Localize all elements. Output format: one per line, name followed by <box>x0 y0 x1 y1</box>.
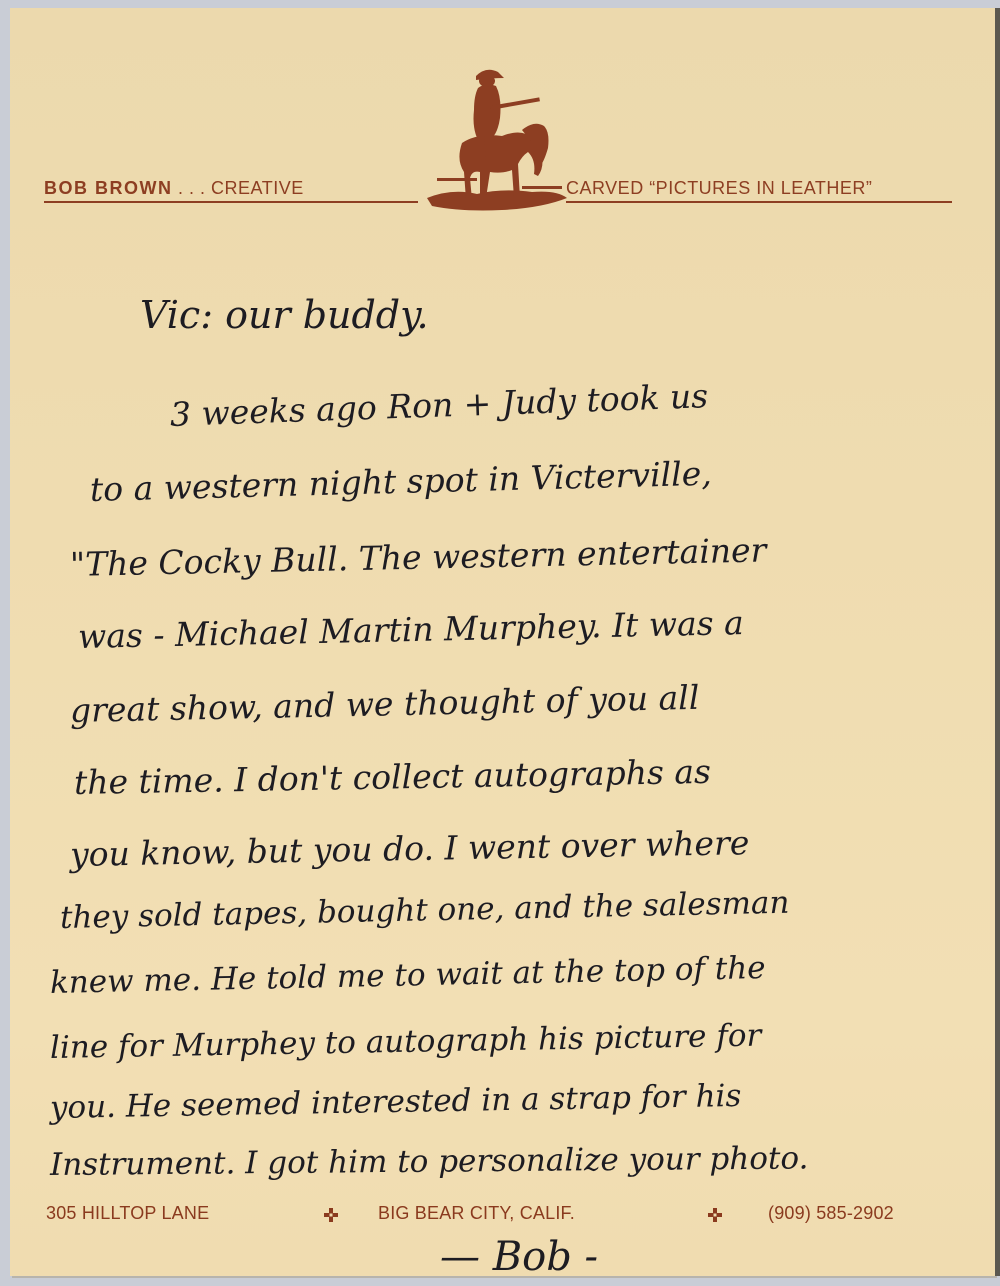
letter-line: 3 weeks ago Ron + Judy took us <box>169 379 708 431</box>
letter-line: great show, and we thought of you all <box>70 681 700 727</box>
letterhead-left: BOB BROWN . . . CREATIVE <box>44 178 418 203</box>
letter-line: "The Cocky Bull. The western entertainer <box>70 533 767 581</box>
letter-line: they sold tapes, bought one, and the sal… <box>60 888 790 934</box>
cowboy-on-horse-icon <box>422 48 572 218</box>
letter-line: you know, but you do. I went over where <box>70 826 750 871</box>
salutation: Vic: our buddy. <box>140 296 429 334</box>
cross-icon <box>324 1208 338 1222</box>
letter-line: you. He seemed interested in a strap for… <box>50 1081 742 1124</box>
letterhead-right: CARVED “PICTURES IN LEATHER” <box>566 178 952 203</box>
letter-paper: BOB BROWN . . . CREATIVE CARVED “PICTURE… <box>10 8 995 1276</box>
letterhead-name: BOB BROWN <box>44 178 173 198</box>
letter-line: to a western night spot in Victerville, <box>90 457 713 506</box>
letter-line: knew me. He told me to wait at the top o… <box>50 953 766 999</box>
letterhead-left-tagline: . . . CREATIVE <box>178 178 304 198</box>
letter-line: line for Murphey to autograph his pictur… <box>50 1021 762 1064</box>
footer-address: 305 HILLTOP LANE <box>46 1203 209 1224</box>
signature: — Bob - <box>440 1234 598 1280</box>
footer-city: BIG BEAR CITY, CALIF. <box>378 1203 575 1224</box>
letter-line: Instrument. I got him to personalize you… <box>50 1143 809 1181</box>
letter-line: the time. I don't collect autographs as <box>74 755 711 799</box>
cross-icon <box>708 1208 722 1222</box>
letter-line: was - Michael Martin Murphey. It was a <box>78 606 744 653</box>
footer-phone: (909) 585-2902 <box>768 1203 894 1224</box>
